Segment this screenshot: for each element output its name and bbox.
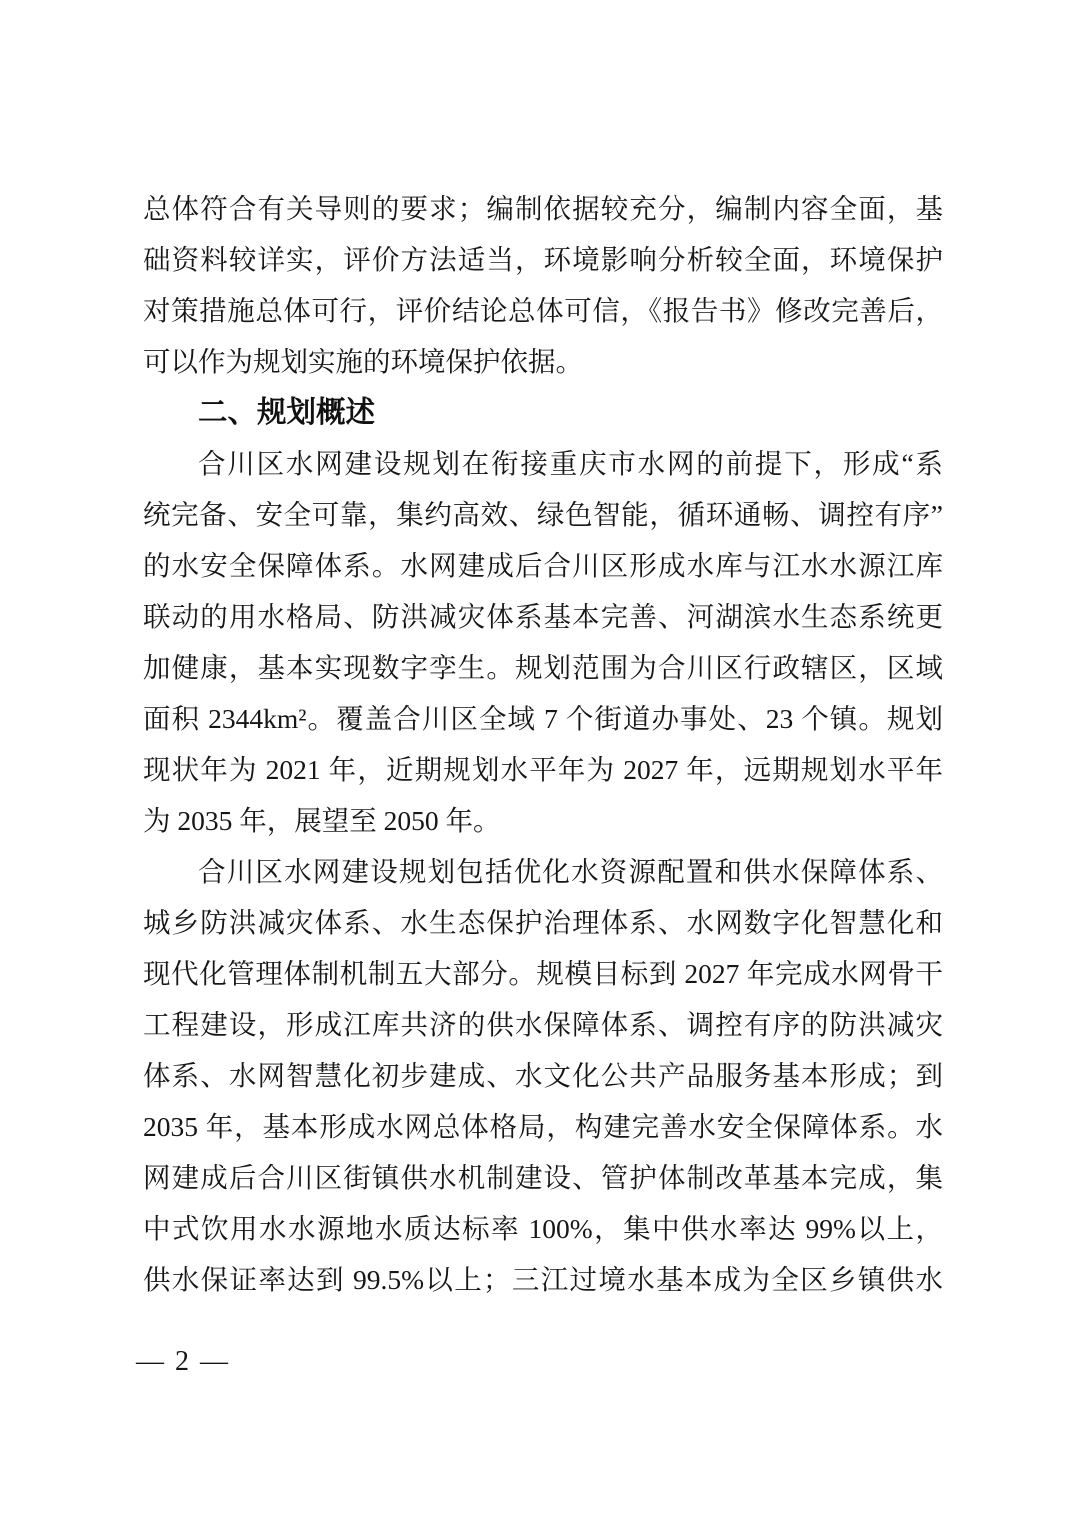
- paragraph-plan-overview: 合川区水网建设规划在衔接重庆市水网的前提下，形成“系 统完备、安全可靠，集约高效…: [143, 438, 943, 846]
- text-line: 供水保证率达到 99.5%以上；三江过境水基本成为全区乡镇供水: [143, 1254, 943, 1305]
- text-line: 总体符合有关导则的要求；编制依据较充分，编制内容全面，基: [143, 183, 943, 234]
- text-line: 工程建设，形成江库共济的供水保障体系、调控有序的防洪减灾: [143, 999, 943, 1050]
- text-line: 中式饮用水水源地水质达标率 100%，集中供水率达 99%以上，: [143, 1203, 943, 1254]
- text-line: 加健康，基本实现数字孪生。规划范围为合川区行政辖区，区域: [143, 642, 943, 693]
- text-line: 城乡防洪减灾体系、水生态保护治理体系、水网数字化智慧化和: [143, 897, 943, 948]
- paragraph-plan-goals: 合川区水网建设规划包括优化水资源配置和供水保障体系、 城乡防洪减灾体系、水生态保…: [143, 846, 943, 1305]
- text-line: 对策措施总体可行，评价结论总体可信，《报告书》修改完善后，: [143, 285, 943, 336]
- text-line: 的水安全保障体系。水网建成后合川区形成水库与江水水源江库: [143, 540, 943, 591]
- text-line: 为 2035 年，展望至 2050 年。: [143, 795, 943, 846]
- text-line: 础资料较详实，评价方法适当，环境影响分析较全面，环境保护: [143, 234, 943, 285]
- text-line: 现状年为 2021 年，近期规划水平年为 2027 年，远期规划水平年: [143, 744, 943, 795]
- text-line: 2035 年，基本形成水网总体格局，构建完善水安全保障体系。水: [143, 1101, 943, 1152]
- page-number: — 2 —: [136, 1346, 230, 1378]
- text-line: 合川区水网建设规划包括优化水资源配置和供水保障体系、: [143, 846, 943, 897]
- text-line: 体系、水网智慧化初步建成、水文化公共产品服务基本形成；到: [143, 1050, 943, 1101]
- document-body: 总体符合有关导则的要求；编制依据较充分，编制内容全面，基 础资料较详实，评价方法…: [143, 183, 943, 1305]
- text-line: 联动的用水格局、防洪减灾体系基本完善、河湖滨水生态系统更: [143, 591, 943, 642]
- section-heading: 二、规划概述: [143, 387, 943, 438]
- text-line: 现代化管理体制机制五大部分。规模目标到 2027 年完成水网骨干: [143, 948, 943, 999]
- text-line: 网建成后合川区街镇供水机制建设、管护体制改革基本完成，集: [143, 1152, 943, 1203]
- paragraph-review-conclusion-continued: 总体符合有关导则的要求；编制依据较充分，编制内容全面，基 础资料较详实，评价方法…: [143, 183, 943, 387]
- text-line: 可以作为规划实施的环境保护依据。: [143, 336, 943, 387]
- document-page: 总体符合有关导则的要求；编制依据较充分，编制内容全面，基 础资料较详实，评价方法…: [0, 0, 1074, 1520]
- text-line: 合川区水网建设规划在衔接重庆市水网的前提下，形成“系: [143, 438, 943, 489]
- text-line: 统完备、安全可靠，集约高效、绿色智能，循环通畅、调控有序”: [143, 489, 943, 540]
- text-line: 面积 2344km²。覆盖合川区全域 7 个街道办事处、23 个镇。规划: [143, 693, 943, 744]
